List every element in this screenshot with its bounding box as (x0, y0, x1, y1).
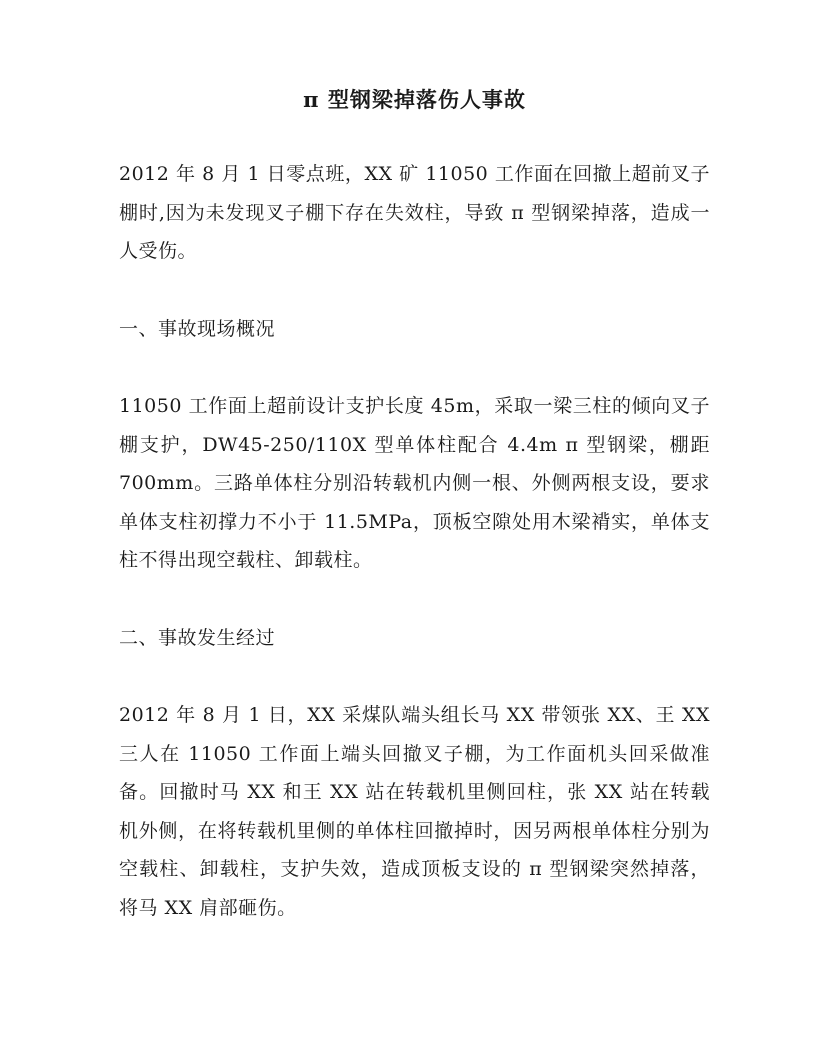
intro-paragraph: 2012 年 8 月 1 日零点班，XX 矿 11050 工作面在回撤上超前叉子… (119, 155, 710, 271)
document-title: π 型钢梁掉落伤人事故 (119, 84, 710, 116)
accident-course-paragraph: 2012 年 8 月 1 日，XX 采煤队端头组长马 XX 带领张 XX、王 X… (119, 696, 710, 927)
scene-overview-paragraph: 11050 工作面上超前设计支护长度 45m，采取一梁三柱的倾向叉子棚支护，DW… (119, 387, 710, 580)
section-heading-accident-course: 二、事故发生经过 (119, 619, 710, 658)
document-page: π 型钢梁掉落伤人事故 2012 年 8 月 1 日零点班，XX 矿 11050… (0, 0, 816, 1056)
section-heading-scene-overview: 一、事故现场概况 (119, 310, 710, 349)
